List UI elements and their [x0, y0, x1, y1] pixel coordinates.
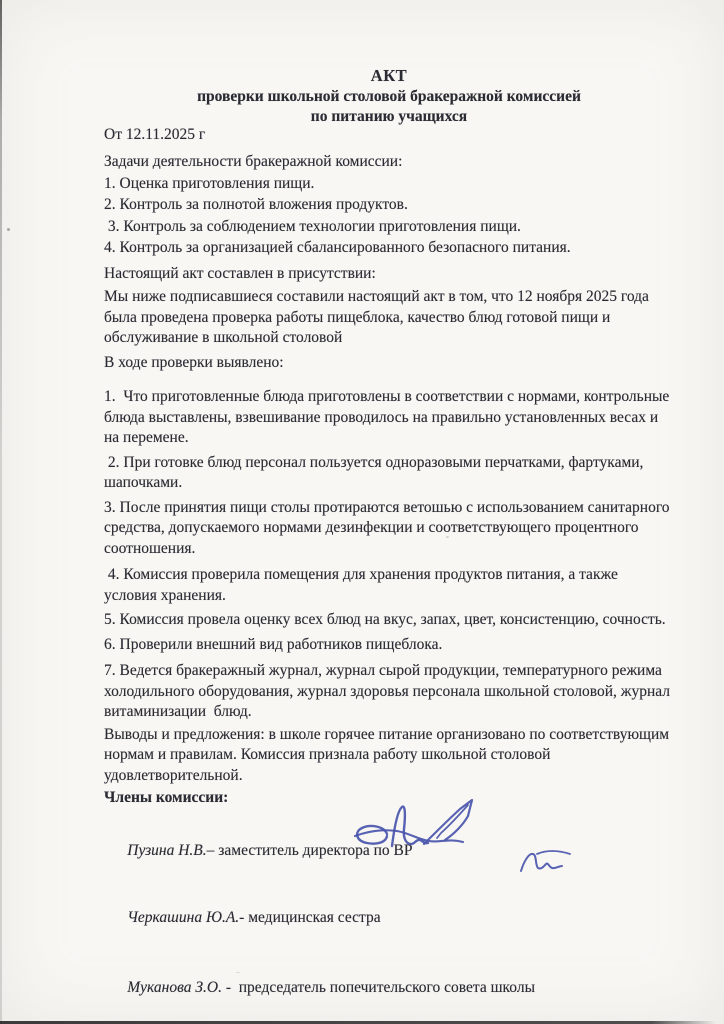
finding-item-6: 6. Проверили внешний вид работников пище…	[104, 635, 674, 656]
scan-speck	[236, 972, 240, 973]
task-item-3: 3. Контроль за соблюдением технологии пр…	[104, 216, 674, 238]
finding-item-7: 7. Ведется бракеражный журнал, журнал сы…	[104, 661, 674, 723]
member-row-2: Черкашина Ю.А.- медицинская сестра	[104, 886, 674, 949]
task-item-4: 4. Контроль за организацией сбалансирова…	[104, 237, 674, 259]
presence-line: Настоящий акт составлен в присутствии:	[104, 264, 674, 285]
document-header: АКТ проверки школьной столовой бракеражн…	[104, 66, 674, 128]
scan-speck	[446, 536, 449, 538]
finding-item-4: 4. Комиссия проверила помещения для хран…	[104, 565, 674, 606]
act-document-body: АКТ проверки школьной столовой бракеражн…	[0, 0, 724, 1019]
intro-paragraph: Мы ниже подписавшиеся составили настоящи…	[104, 287, 674, 349]
tasks-section: Задачи деятельности бракеражной комиссии…	[104, 151, 674, 259]
member-row-1: Пузина Н.В.– заместитель директора по ВР	[104, 819, 674, 882]
members-header: Члены комиссии:	[104, 788, 674, 809]
task-item-1: 1. Оценка приготовления пищи.	[104, 173, 674, 195]
document-title: АКТ	[104, 66, 674, 87]
member-name: Пузина Н.В.	[127, 842, 206, 859]
task-item-2: 2. Контроль за полнотой вложения продукт…	[104, 194, 674, 216]
member-name: Муканова З.О.	[127, 979, 222, 996]
member-row-3: Муканова З.О. - председатель попечительс…	[104, 956, 674, 1019]
member-role: - председатель попечительского совета шк…	[222, 979, 535, 996]
finding-item-2: 2. При готовке блюд персонал пользуется …	[104, 453, 674, 494]
finding-item-5: 5. Комиссия провела оценку всех блюд на …	[104, 610, 674, 631]
finding-item-1: 1. Что приготовленные блюда приготовлены…	[104, 387, 674, 449]
finding-item-3: 3. После принятия пищи столы протираются…	[104, 498, 674, 560]
document-date: От 12.11.2025 г	[104, 125, 674, 146]
member-role: - медицинская сестра	[239, 909, 380, 926]
scanned-act-document-page: АКТ проверки школьной столовой бракеражн…	[0, 0, 724, 1024]
conclusion-paragraph: Выводы и предложения: в школе горячее пи…	[104, 725, 674, 787]
member-name: Черкашина Ю.А.	[127, 909, 239, 926]
scan-speck	[7, 228, 10, 231]
scan-edge-left-artifact	[0, 0, 2, 1024]
document-subtitle-1: проверки школьной столовой бракеражной к…	[104, 87, 674, 108]
tasks-header: Задачи деятельности бракеражной комиссии…	[104, 151, 674, 173]
findings-header: В ходе проверки выявлено:	[104, 353, 674, 374]
member-role: – заместитель директора по ВР	[207, 842, 413, 859]
